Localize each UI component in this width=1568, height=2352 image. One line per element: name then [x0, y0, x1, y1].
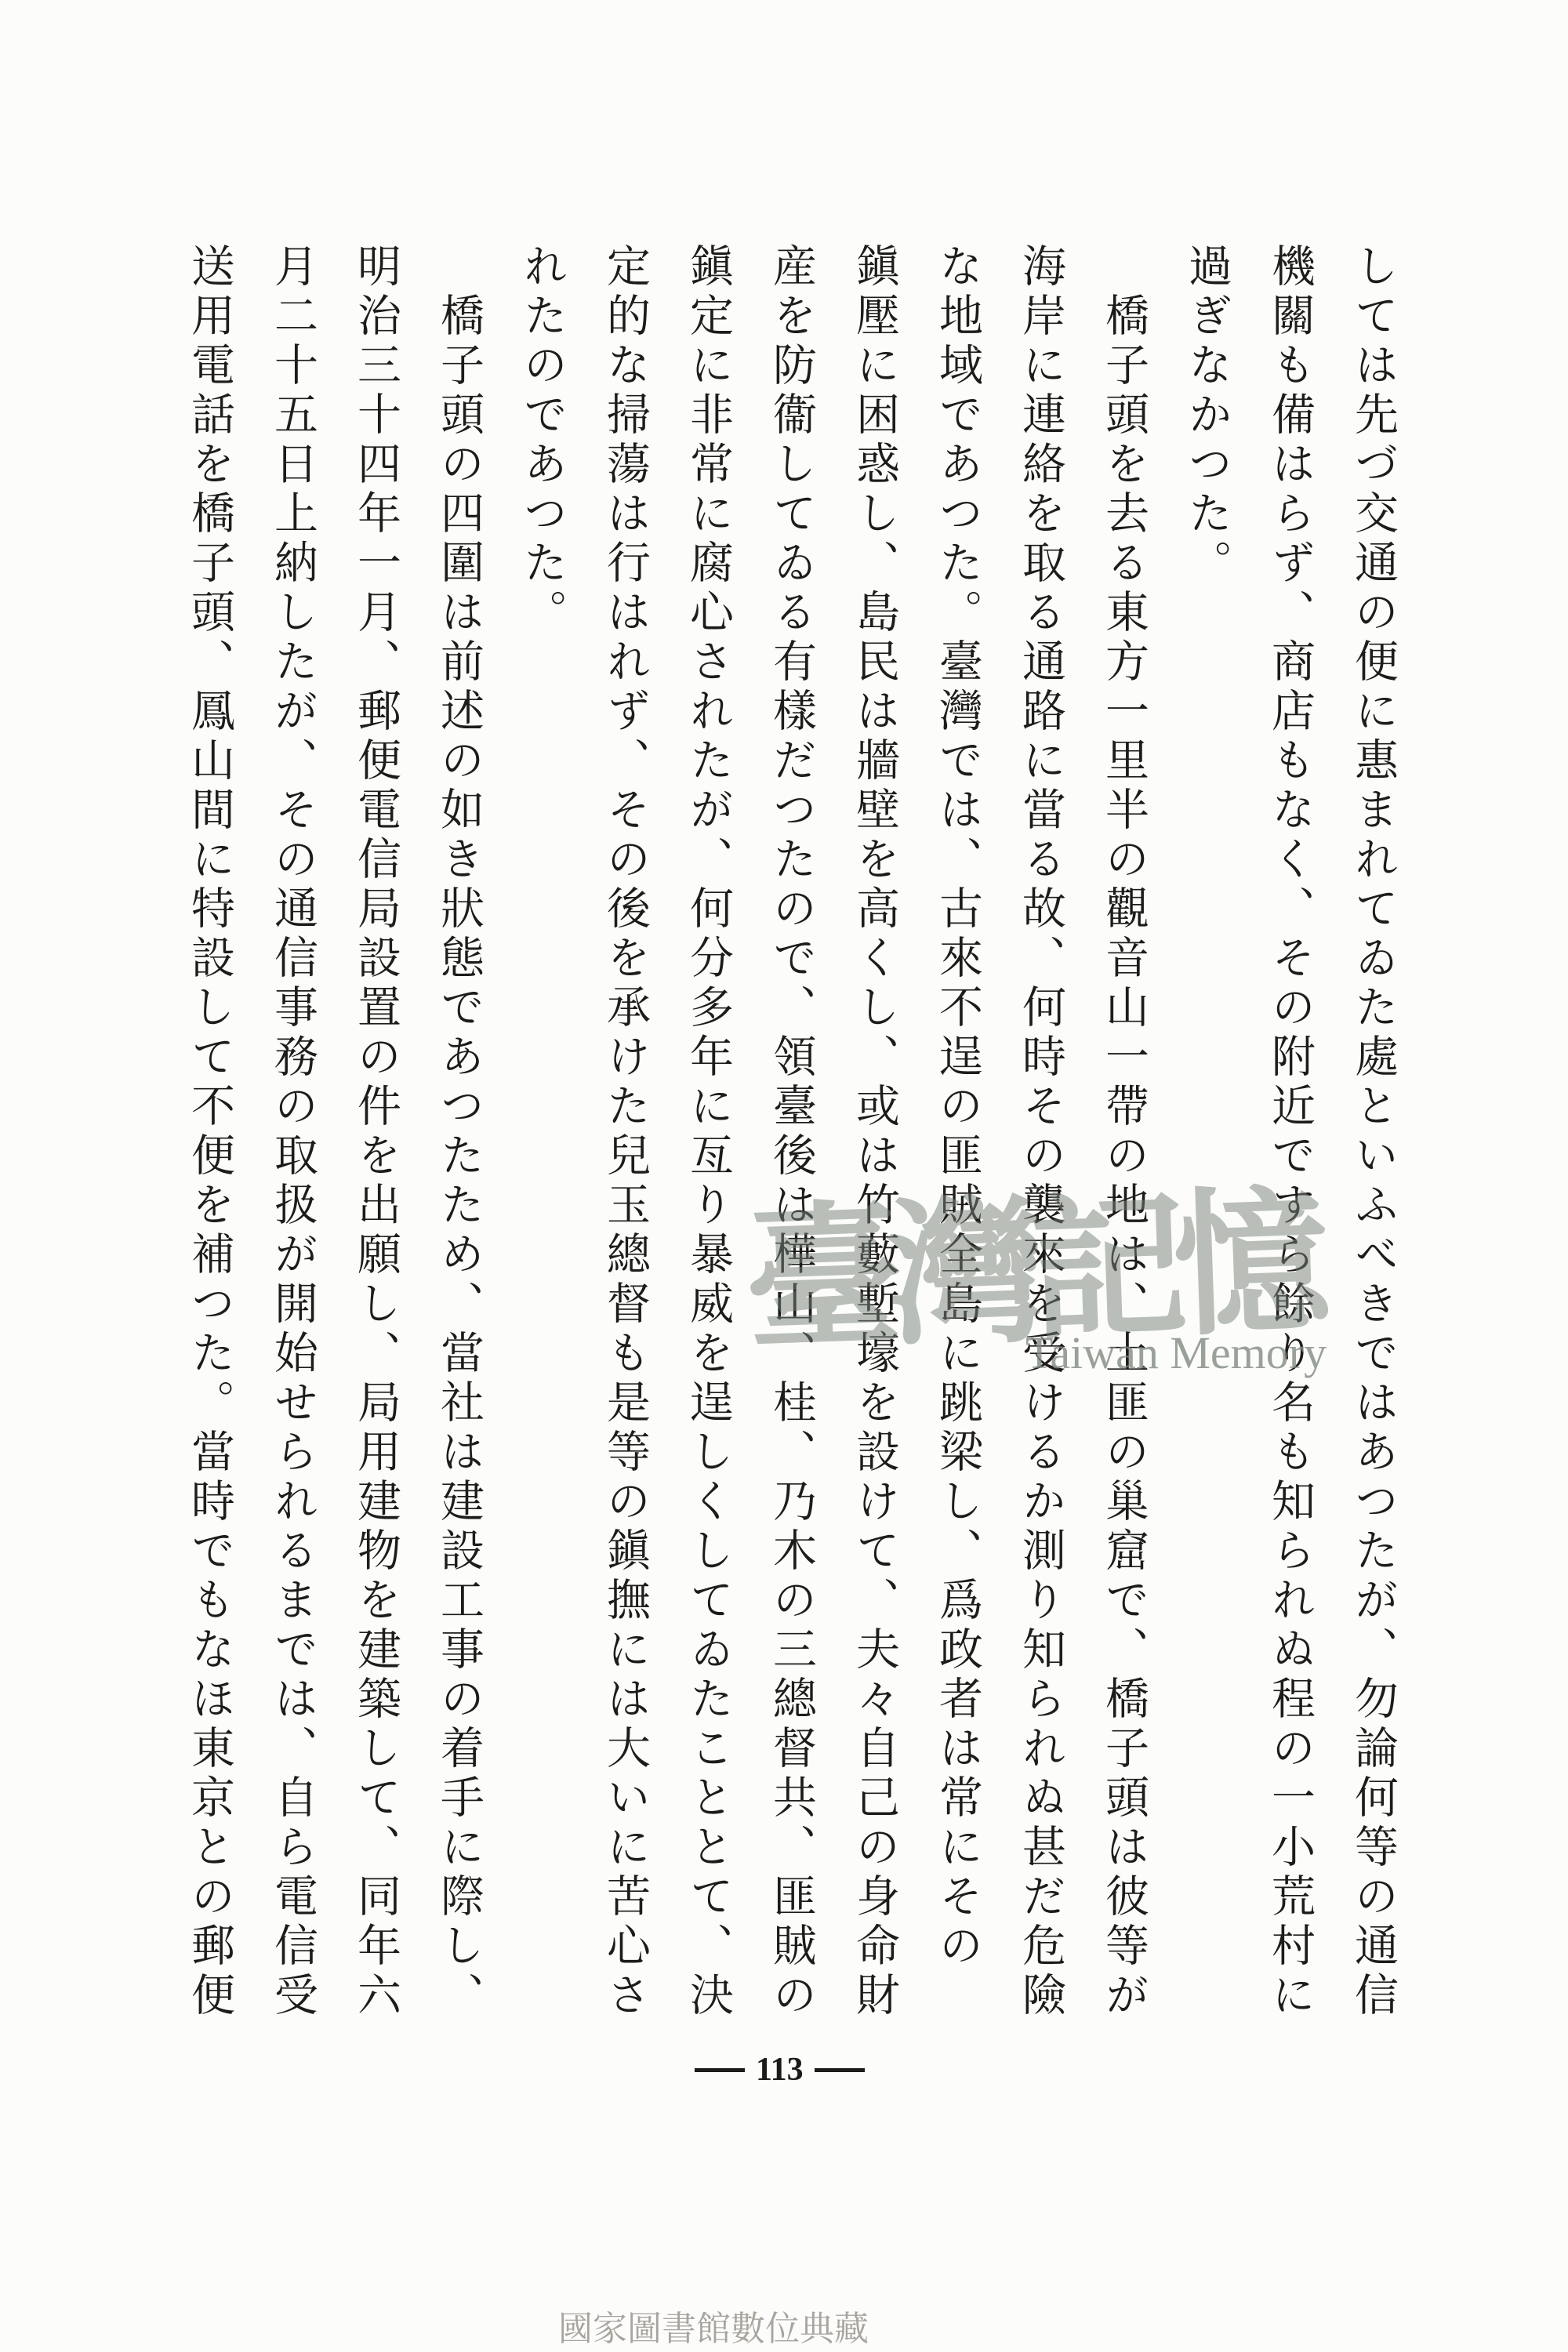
text-column-3: 過ぎなかつた。 — [1165, 243, 1248, 2027]
page-number: 113 — [695, 2051, 865, 2089]
text-column-13: 明治三十四年一月、郵便電信局設置の件を出願し、局用建物を建築して、同年六 — [334, 243, 417, 2027]
text-column-11: れたのであつた。 — [500, 243, 583, 2027]
text-column-14: 月二十五日上納したが、その通信事務の取扱が開始せられるまでは、自ら電信受 — [251, 243, 334, 2027]
page-number-dash-right — [815, 2068, 865, 2072]
text-column-8: 産を防衞してゐる有樣だつたので、領臺後は樺山、桂、乃木の三總督共、匪賊の — [750, 243, 833, 2027]
library-stamp: 國家圖書館數位典藏 — [400, 2300, 1027, 2350]
page-number-dash-left — [695, 2068, 745, 2072]
text-column-1: しては先づ交通の便に惠まれてゐた處といふべきではあつたが、勿論何等の通信 — [1331, 243, 1414, 2027]
text-column-6: な地域であつた。臺灣では、古來不逞の匪賊全島に跳梁し、爲政者は常にその — [916, 243, 999, 2027]
text-column-2: 機關も備はらず、商店もなく、その附近ですら餘り名も知られぬ程の一小荒村に — [1248, 243, 1331, 2027]
page-number-value: 113 — [756, 2051, 804, 2089]
text-column-4: 橋子頭を去る東方一里半の觀音山一帶の地は、土匪の巢窟で、橋子頭は彼等が — [1082, 243, 1165, 2027]
text-column-15: 送用電話を橋子頭、鳳山間に特設して不便を補つた。當時でもなほ東京との郵便 — [168, 243, 251, 2027]
text-column-7: 鎭壓に困惑し、島民は牆壁を高くし、或は竹藪塹壕を設けて、夫々自己の身命財 — [833, 243, 916, 2027]
text-column-9: 鎭定に非常に腐心されたが、何分多年に亙り暴威を逞しくしてゐたこととて、決 — [666, 243, 750, 2027]
body-text: しては先づ交通の便に惠まれてゐた處といふべきではあつたが、勿論何等の通信 機關も… — [166, 243, 1414, 2031]
text-column-10: 定的な掃蕩は行はれず、その後を承けた兒玉總督も是等の鎭撫には大いに苦心さ — [583, 243, 666, 2027]
scanned-book-page: しては先づ交通の便に惠まれてゐた處といふべきではあつたが、勿論何等の通信 機關も… — [0, 0, 1568, 2352]
text-column-12: 橋子頭の四圍は前述の如き狀態であつたため、當社は建設工事の着手に際し、 — [417, 243, 500, 2027]
text-column-5: 海岸に連絡を取る通路に當る故、何時その襲來を受けるか測り知られぬ甚だ危險 — [999, 243, 1082, 2027]
